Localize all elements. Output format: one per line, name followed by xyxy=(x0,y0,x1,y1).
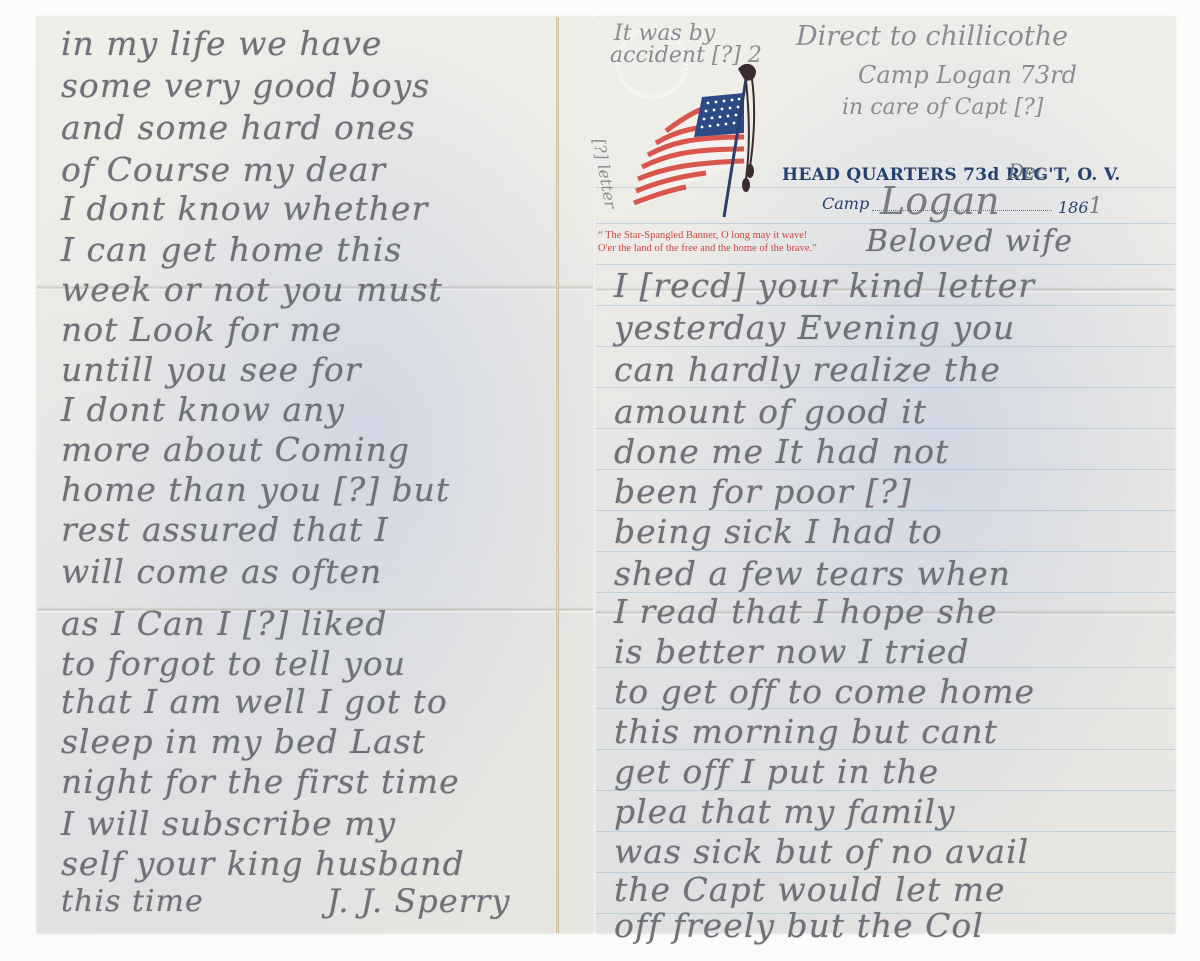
handwritten-line: will come as often xyxy=(61,555,382,588)
handwritten-line: in my life we have xyxy=(61,27,382,60)
handwritten-line: more about Coming xyxy=(61,433,410,466)
top-note: Direct to chillicothe xyxy=(796,21,1068,52)
handwritten-line: and some hard ones xyxy=(61,111,416,144)
ruled-line xyxy=(596,551,1175,552)
handwritten-line: can hardly realize the xyxy=(614,353,1001,386)
handwritten-line: this time xyxy=(61,887,204,917)
letterhead-caption-line-1: “ The Star-Spangled Banner, O long may i… xyxy=(598,230,807,241)
letterhead-caption-line-2: O'er the land of the free and the home o… xyxy=(598,243,817,254)
handwritten-line: get off I put in the xyxy=(614,755,939,788)
handwritten-line: sleep in my bed Last xyxy=(61,725,426,758)
salutation: Beloved wife xyxy=(866,227,1073,257)
handwritten-line: as I Can I [?] liked xyxy=(61,607,388,640)
camp-name-handwritten: Logan xyxy=(880,179,1000,223)
handwritten-line: week or not you must xyxy=(61,273,443,306)
handwritten-line: shed a few tears when xyxy=(614,557,1011,590)
ruled-line xyxy=(596,264,1175,265)
top-note: in care of Capt [?] xyxy=(842,95,1043,120)
handwritten-line: the Capt would let me xyxy=(614,873,1006,906)
year-handwritten: 1 xyxy=(1089,194,1103,219)
top-note: Camp Logan 73rd xyxy=(858,61,1077,89)
handwritten-line: to forgot to tell you xyxy=(61,647,406,680)
handwritten-line: was sick but of no avail xyxy=(614,835,1029,868)
margin-note: [?] letter xyxy=(589,137,620,210)
handwritten-line: done me It had not xyxy=(614,435,949,468)
handwritten-line: I dont know any xyxy=(61,393,345,426)
signature: J. J. Sperry xyxy=(327,885,510,917)
handwritten-line: night for the first time xyxy=(61,765,460,798)
handwritten-line: not Look for me xyxy=(61,313,342,346)
handwritten-line: amount of good it xyxy=(614,395,927,428)
handwritten-line: self your king husband xyxy=(61,847,465,880)
handwritten-line: this morning but cant xyxy=(614,715,998,748)
ruled-line xyxy=(596,305,1175,306)
handwritten-line: rest assured that I xyxy=(61,513,389,546)
top-note: accident [?] 2 xyxy=(610,43,762,68)
date-handwritten: Dec xyxy=(1008,159,1047,183)
handwritten-line: I [recd] your kind letter xyxy=(614,269,1035,302)
handwritten-line: home than you [?] but xyxy=(61,473,450,506)
letterhead-year: 1861 xyxy=(1058,194,1103,219)
handwritten-line: off freely but the Col xyxy=(614,909,984,942)
right-letter-page: It was by accident [?] 2 Direct to chill… xyxy=(596,17,1175,933)
left-letter-page: in my life we have some very good boys a… xyxy=(37,17,593,933)
handwritten-line: I read that I hope she xyxy=(614,595,998,628)
handwritten-line: that I am well I got to xyxy=(61,685,448,718)
handwritten-line: being sick I had to xyxy=(614,515,943,548)
handwritten-line: of Course my dear xyxy=(61,153,386,186)
letterhead-camp-label: Camp xyxy=(822,194,869,213)
handwritten-line: yesterday Evening you xyxy=(614,311,1015,344)
handwritten-line: some very good boys xyxy=(61,69,430,102)
handwritten-line: to get off to come home xyxy=(614,675,1035,708)
handwritten-line: been for poor [?] xyxy=(614,475,912,508)
center-fold xyxy=(556,17,559,933)
handwritten-line: I will subscribe my xyxy=(61,807,396,840)
handwritten-line: I can get home this xyxy=(61,233,402,266)
handwritten-line: I dont know whether xyxy=(61,192,428,225)
handwritten-line: is better now I tried xyxy=(614,635,970,668)
handwritten-line: untill you see for xyxy=(61,353,362,386)
handwritten-line: plea that my family xyxy=(614,795,956,828)
year-printed: 186 xyxy=(1058,198,1089,217)
